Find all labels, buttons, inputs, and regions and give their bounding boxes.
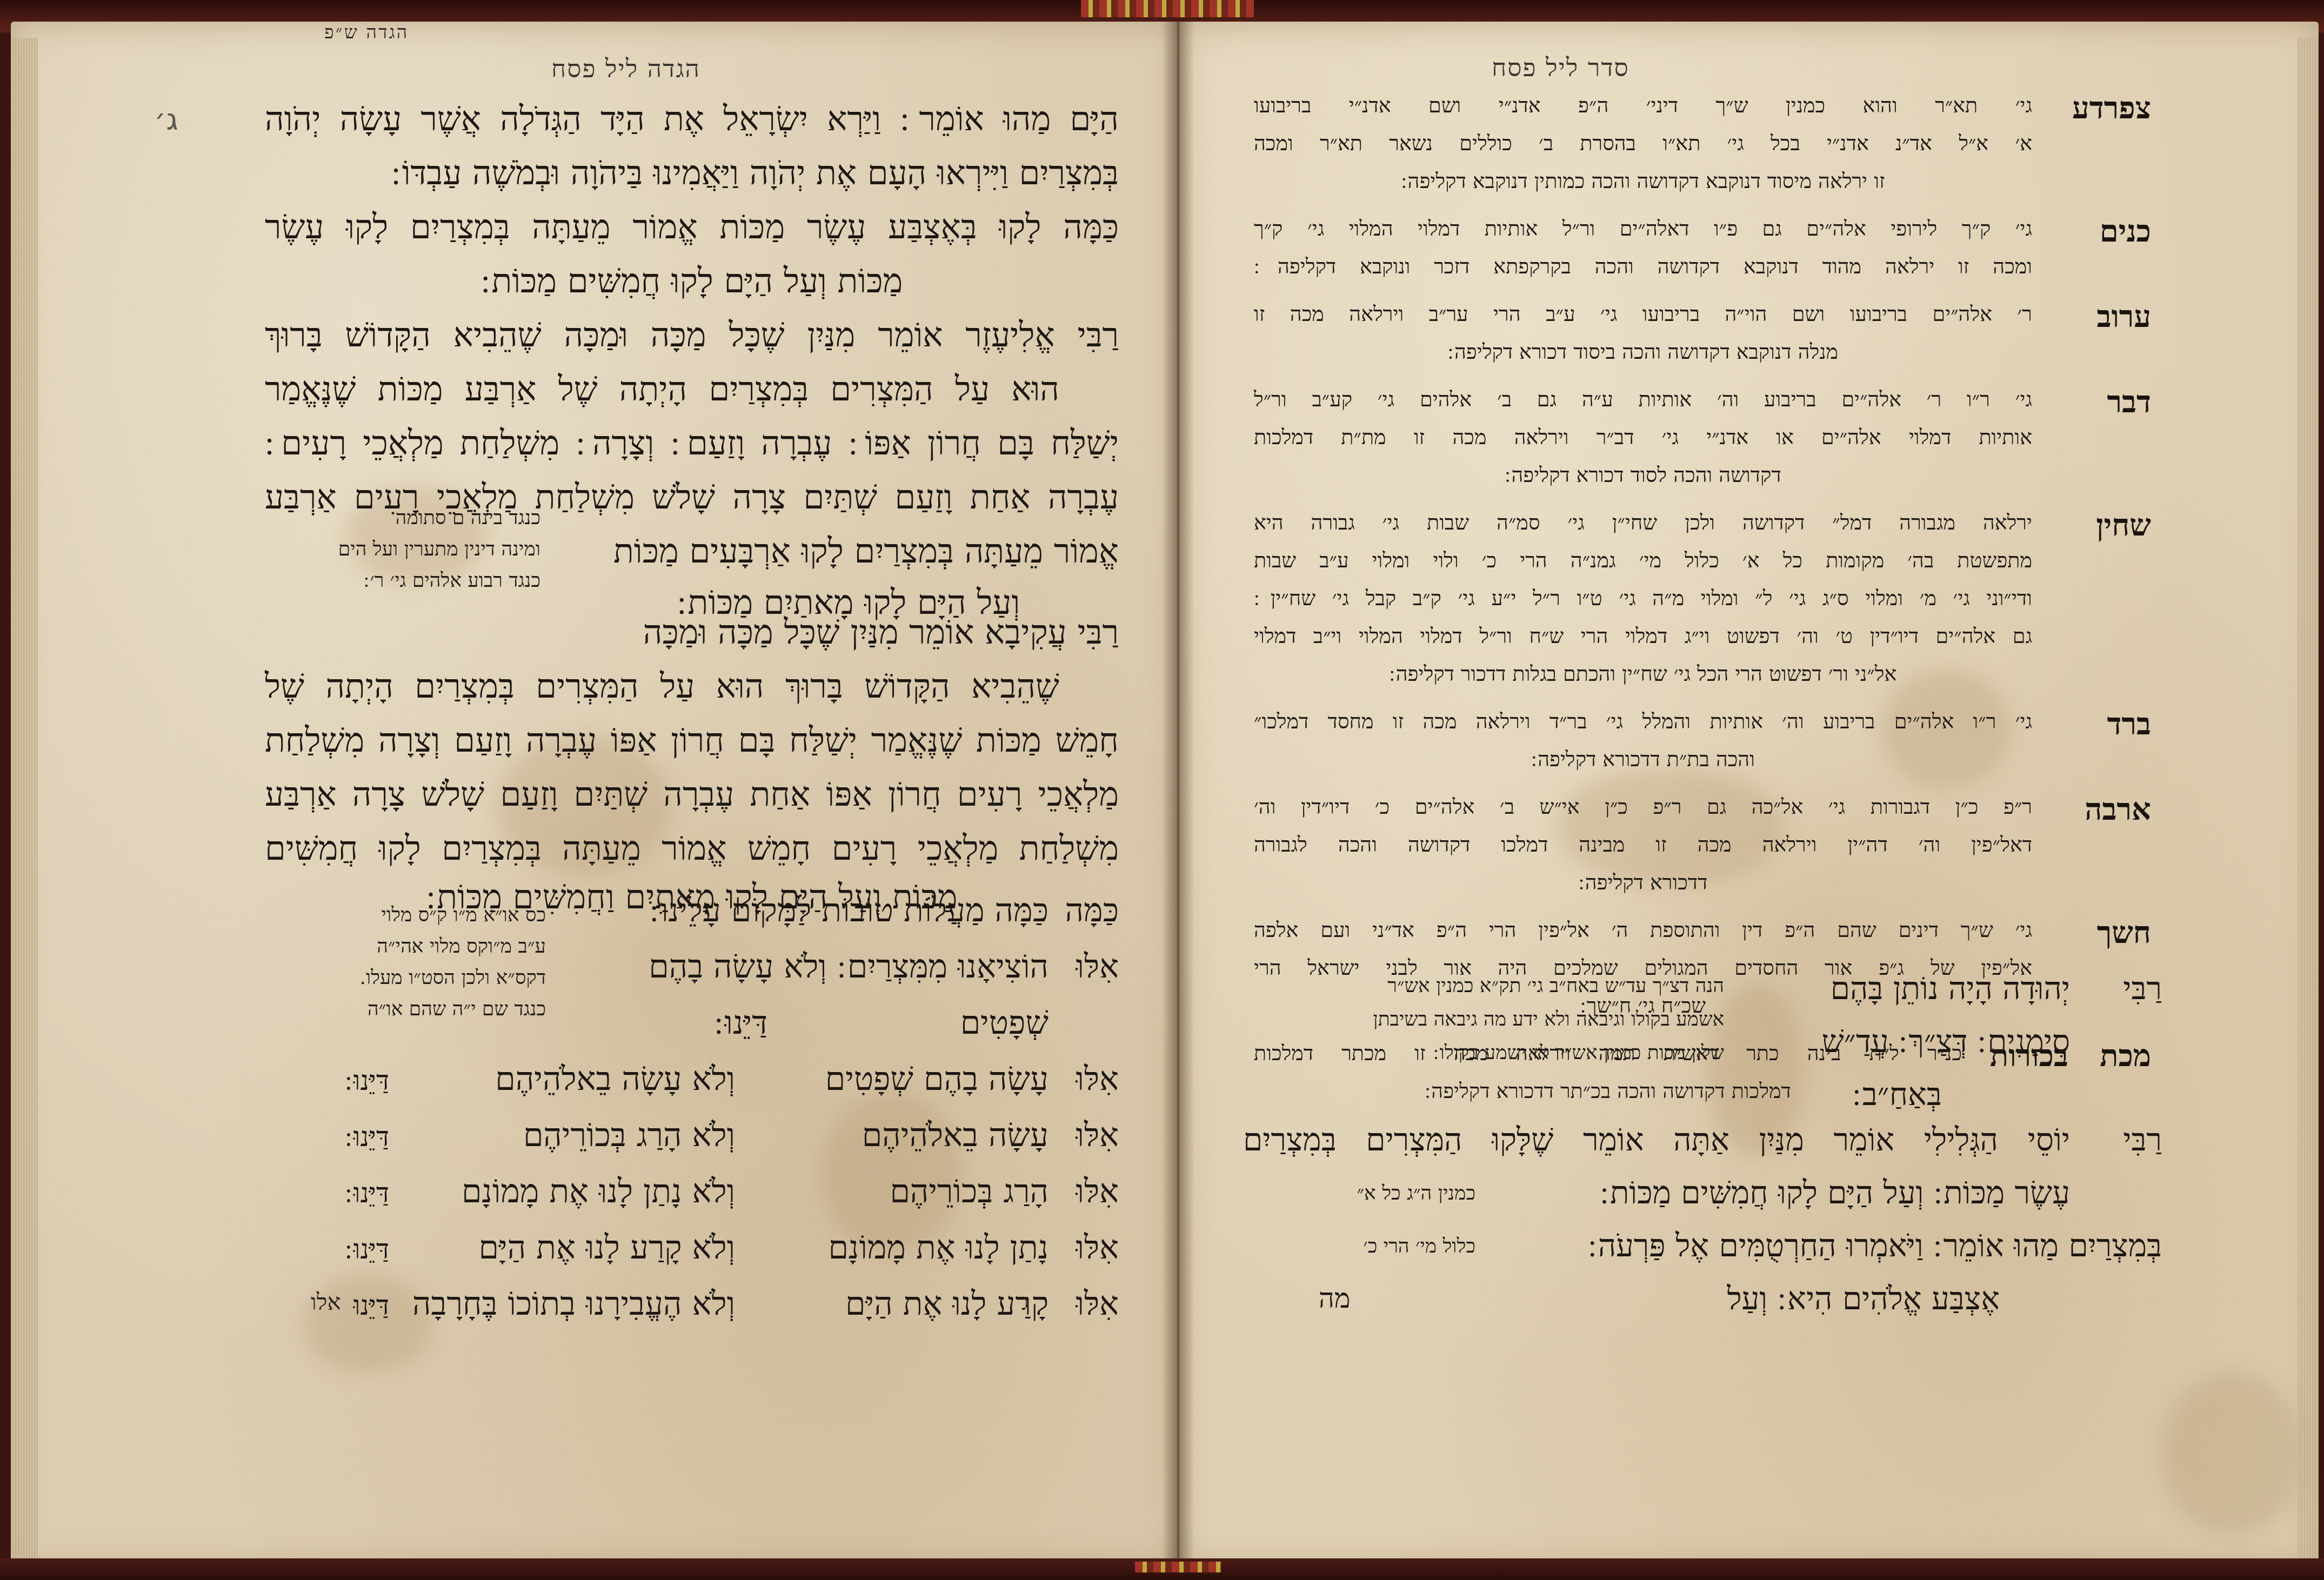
row-clause-a: עָשָׂה בָהֶם שְׁפָטִים	[746, 1060, 1059, 1098]
headband-top	[1081, 0, 1254, 17]
row-clause-a: קָרַע לָנוּ אֶת הַיָּם	[746, 1285, 1059, 1323]
row-clause-b: וְלֹא נָתַן לָנוּ אֶת מָמוֹנָם	[389, 1173, 746, 1210]
row-clause-b: וְלֹא קָרַע לָנוּ אֶת הַיָּם	[389, 1229, 746, 1267]
commentary-line: ר״פ כ״ן דגבורות גי׳ אל״כה גם ר״פ כ״ן אי״…	[1254, 788, 2032, 826]
note-line: כנגד שם י״ה שהם או״ה	[243, 994, 546, 1025]
dayenu-refrain: דַּיֵּנוּ ׃	[281, 1121, 389, 1153]
commentary-line: אל״ני ור׳ דפשוט הרי הכל גי׳ שח״ין והכתם …	[1254, 655, 2032, 693]
note-line: כמנין ה״ג כל א״	[1243, 1177, 1475, 1210]
row-clause-a: עָשָׂה בֵאלֹהֵיהֶם	[746, 1116, 1059, 1154]
row-continuation: שְׁפָטִים	[778, 1004, 1059, 1042]
text-line: בְּמִצְרַיִם וַיִּירְאוּ הָעָם אֶת יְהֹו…	[265, 146, 1119, 200]
left-page: הגדה ש״פ הגדה ליל פסח ג׳ הַיָּם מַהוּ או…	[11, 22, 1178, 1568]
running-head: סדר ליל פסח	[1492, 53, 1630, 82]
commentary-line: אותיות דמלוי אלה״ים או אדנ״י גי׳ דב״ר וי…	[1254, 418, 2032, 456]
side-note-kas: כס או״א מ״ו ק״ס מלוי ע״ב מ״וקס מלוי אהי״…	[243, 900, 546, 1025]
commentary-line: דקדושה והכה לסוד דכורא דקליפה ׃	[1254, 456, 2032, 494]
commentary-line: ומכה זו ירלאה מהוד דנוקבא דקדושה והכה בק…	[1254, 247, 2032, 285]
plague-label: כנים	[2032, 210, 2151, 253]
commentary-line: ודי״וני גי׳ מ׳ ומלוי ס״ג גי׳ ל״ ומלוי מ״…	[1254, 579, 2032, 617]
cropped-top-heading: הגדה ש״פ	[324, 22, 409, 43]
catchword: מה	[1243, 1272, 1578, 1325]
row-prefix: אִלּוּ	[1059, 1116, 1119, 1154]
text-line: הוּא עַל הַמִּצְרִים בְּמִצְרַיִם הָיְתָ…	[265, 362, 1119, 416]
entry-tsefardea: צפרדע גי׳ תא״ר והוא כמנין ש״ך דיני׳ ה״פ …	[1254, 86, 2151, 200]
commentary-line: גי׳ ר״ו אלה״ים בריבוע וה׳ אותיות והמלל ג…	[1254, 702, 2032, 740]
row-prefix: אִלּוּ	[1059, 948, 1119, 986]
rabbi-akiva-passage: רַבִּי עֲקִיבָא אוֹמֵר מִנַּיִן שֶׁכָּל …	[265, 605, 1119, 919]
text-line: שֶׁהֵבִיא הַקָּדוֹשׁ בָּרוּךְ הוּא עַל ה…	[265, 659, 1119, 713]
intro-word: כַּמָּה	[1059, 892, 1119, 929]
commentary-line: מתפשטת בה׳ מקומות כל א׳ כלול מי׳ גמנ״ה ה…	[1254, 541, 2032, 579]
commentary-line: מנלה דנוקבא דקדושה והכה ביסוד דכורא דקלי…	[1254, 333, 2032, 371]
dayenu-row: אִלּוּ קָרַע לָנוּ אֶת הַיָּם וְלֹא הֶעֱ…	[276, 1285, 1119, 1341]
rabbi-prefix: רַבִּי	[2070, 1113, 2162, 1166]
dayenu-refrain: דַּיֵּנוּ ׃	[281, 1234, 389, 1265]
paper-stain	[2162, 1373, 2302, 1535]
text-line: מַכּוֹת וְעַל הַיָּם לָקוּ חֲמִשִּׁים מַ…	[265, 254, 1119, 308]
entry-arov: ערוב ר׳ אלה״ים בריבועו ושם הוי״ה בריבועו…	[1254, 295, 2151, 371]
dayenu-refrain: דַּיֵּנוּ ׃	[281, 1065, 389, 1096]
intro-text: כַּמָּה מַעֲלוֹת טוֹבוֹת לַמָּקוֹם עָלֵי…	[562, 892, 1059, 929]
signature-mark: ג	[1021, 1289, 1029, 1316]
row-clause-a: נָתַן לָנוּ אֶת מָמוֹנָם	[746, 1229, 1059, 1267]
dayenu-row: אִלּוּ הָרַג בְּכוֹרֵיהֶם וְלֹא נָתַן לָ…	[276, 1173, 1119, 1229]
catchword: אלו	[311, 1289, 341, 1316]
entry-dever: דבר גי׳ ר״ו ר׳ אלה״ים בריבוע וה׳ אותיות …	[1254, 380, 2151, 494]
folio-number: ג׳	[154, 103, 178, 137]
text-line: אֱמוֹר מֵעַתָּה בְּמִצְרַיִם לָקוּ אַרְב…	[578, 524, 1119, 578]
row-clause-b: וְלֹא עָשָׂה בֵאלֹהֵיהֶם	[389, 1060, 746, 1098]
commentary-line: דדכורא דקליפה ׃	[1254, 863, 2032, 901]
commentary-line: גי׳ ר״ו ר׳ אלה״ים בריבוע וה׳ אותיות ע״ה …	[1254, 380, 2032, 418]
plague-label: צפרדע	[2032, 86, 2151, 130]
text-line: מִשְׁלַחַת מַלְאֲכֵי רָעִים חָמֵשׁ אֱמוֹ…	[265, 821, 1119, 875]
dayenu-row: אִלּוּ נָתַן לָנוּ אֶת מָמוֹנָם וְלֹא קָ…	[276, 1229, 1119, 1285]
right-page: סדר ליל פסח צפרדע גי׳ תא״ר והוא כמנין ש״…	[1178, 22, 2319, 1568]
text-line: כַּמָּה לָקוּ בְּאֶצְבַּע עֶשֶׂר מַכּוֹת…	[265, 200, 1119, 254]
note-line: אשמע בקולו וגיבאה ולא ידע מה גיבאה בשיבת…	[1259, 1003, 1724, 1036]
text-line: עֶשֶׂר מַכּוֹת ׃ וְעַל הַיָּם לָקוּ חֲמִ…	[1475, 1166, 2070, 1219]
note-line: כנגד רבוע אלהים גי׳ ר׳ ׃	[232, 565, 540, 597]
book-gutter	[1162, 22, 1194, 1568]
text-line: חָמֵשׁ מַכּוֹת שֶׁנֶּאֱמַר יְשַׁלַּח בָּ…	[265, 713, 1119, 767]
entry-kinim: כנים גי׳ ק״ך לירופי אלה״ים גם פ״ו דאלה״י…	[1254, 210, 2151, 285]
entry-arbeh: ארבה ר״פ כ״ן דגבורות גי׳ אל״כה גם ר״פ כ״…	[1254, 788, 2151, 901]
commentary-line: והכה בת״ת דדכורא דקליפה ׃	[1254, 740, 2032, 778]
page-edges-left	[11, 38, 38, 1564]
side-note-binah: כנגד בינה ם סתומה ומינה דינין מתערין ועל…	[232, 503, 540, 597]
text-line: רַבִּי עֲקִיבָא אוֹמֵר מִנַּיִן שֶׁכָּל …	[265, 605, 1119, 659]
commentary-line: גי׳ ש״ך דינים שהם ה״פ דין והתוספת ה׳ אל״…	[1254, 911, 2032, 949]
commentary-line: ירלאה מגבורה דמל״ דקדושה ולכן שחי״ן גי׳ …	[1254, 504, 2032, 541]
commentary-line: א׳ א״ל אד״נ אדנ״י בכל גי׳ תא״ו בהסרת ב׳ …	[1254, 124, 2032, 162]
commentary-line: זו ירלאה מיסוד דנוקבא דקדושה והכה כמותין…	[1254, 162, 2032, 200]
note-line: דקס״א ולכן הסט״ו מעלו.	[243, 962, 546, 994]
rabbi-yosi-passage: רַבִּי יוֹסֵי הַגְּלִילִי אוֹמֵר מִנַּיִ…	[1243, 1113, 2162, 1325]
headband-bottom	[1135, 1562, 1221, 1572]
text-line: הַיָּם מַהוּ אוֹמֵר ׃ וַיַּרְא יִשְׂרָאֵ…	[265, 92, 1119, 146]
entry-barad: ברד גי׳ ר״ו אלה״ים בריבוע וה׳ אותיות והמ…	[1254, 702, 2151, 778]
note-line: כס או״א מ״ו ק״ס מלוי	[243, 900, 546, 931]
text-line: רַבִּי אֱלִיעֶזֶר אוֹמֵר מִנַּיִן שֶׁכָּ…	[265, 308, 1119, 362]
row-clause-b: וְלֹא הָרַג בְּכוֹרֵיהֶם	[389, 1116, 746, 1154]
text-line: בְּמִצְרַיִם מַהוּ אוֹמֵר ׃ וַיֹּאמְרוּ …	[1475, 1219, 2162, 1272]
row-clause-a: הָרַג בְּכוֹרֵיהֶם	[746, 1173, 1059, 1210]
note-line: ומינה דינין מתערין ועל הים	[232, 534, 540, 565]
text-line: מַלְאֲכֵי רָעִים חֲרוֹן אַפּוֹ אַחַת עֶב…	[265, 767, 1119, 821]
commentary-line: גי׳ תא״ר והוא כמנין ש״ך דיני׳ ה״פ אדנ״י …	[1254, 86, 2032, 124]
dayenu-refrain: דַּיֵּנוּ ׃	[540, 1004, 778, 1042]
commentary-line: ר׳ אלה״ים בריבועו ושם הוי״ה בריבועו גי׳ …	[1254, 295, 2032, 333]
plague-label: ערוב	[2032, 295, 2151, 338]
haggadah-main-text: הַיָּם מַהוּ אוֹמֵר ׃ וַיַּרְא יִשְׂרָאֵ…	[265, 92, 1119, 524]
rabbi-yehuda-passage: רַבִּי יְהוּדָה הָיָה נוֹתֵן בָּהֶם סִימ…	[1243, 962, 2162, 1121]
commentary-line: גי׳ ק״ך לירופי אלה״ים גם פ״ו דאלה״ים ור״…	[1254, 210, 2032, 247]
running-head: הגדה ליל פסח	[551, 54, 700, 83]
plague-label: דבר	[2032, 380, 2151, 424]
row-prefix: אִלּוּ	[1059, 1173, 1119, 1210]
text-line: יְשַׁלַּח בָּם חֲרוֹן אַפּוֹ ׃ עֶבְרָה ו…	[265, 416, 1119, 470]
note-line: כלול מי׳ הרי כ׳	[1243, 1230, 1475, 1263]
plague-label: חשך	[2032, 911, 2151, 954]
plague-label: ארבה	[2032, 788, 2151, 831]
commentary-line: דאל״פין וה׳ דה״ין וירלאה מכה זו מבינה דמ…	[1254, 826, 2032, 863]
dayenu-refrain: דַּיֵּנוּ ׃	[281, 1177, 389, 1209]
plague-label: שחין	[2032, 504, 2151, 547]
row-text: הוֹצִיאָנוּ מִמִּצְרַיִם ׃ וְלֹא עָשָׂה …	[562, 948, 1059, 986]
row-prefix: אִלּוּ	[1059, 1229, 1119, 1267]
text-line: סִימָנִים ׃ דְּצַ״ךְ ׃ עֲדַ״שׁ	[1724, 1015, 2070, 1068]
plague-label: ברד	[2032, 702, 2151, 746]
dayenu-row: אִלּוּ עָשָׂה בֵאלֹהֵיהֶם וְלֹא הָרַג בְ…	[276, 1116, 1119, 1173]
text-line: יוֹסֵי הַגְּלִילִי אוֹמֵר מִנַּיִן אַתָּ…	[1243, 1113, 2070, 1166]
note-line: כנגד בינה ם סתומה	[232, 503, 540, 534]
note-line: שלון מכות כמנין אש״ר או ישמע בקולו ׃	[1259, 1036, 1724, 1070]
row-prefix: אִלּוּ	[1059, 1285, 1119, 1323]
rabbi-prefix: רַבִּי	[2070, 962, 2162, 1015]
text-line: יְהוּדָה הָיָה נוֹתֵן בָּהֶם	[1724, 962, 2070, 1015]
text-line: אֶצְבַּע אֱלֹהִים הִיא ׃ וְעַל	[1578, 1272, 2000, 1325]
note-line: הנה דצ״ך עד״ש באח״ב גי׳ תק״א כמנין אש״ר	[1259, 969, 1724, 1003]
entry-shechin: שחין ירלאה מגבורה דמל״ דקדושה ולכן שחי״ן…	[1254, 504, 2151, 693]
note-line: ע״ב מ״וקס מלוי אהי״ה	[243, 931, 546, 962]
row-clause-b: וְלֹא הֶעֱבִירָנוּ בְתוֹכוֹ בֶּחָרָבָה	[389, 1285, 746, 1323]
commentary-line: גם אלה״ים דיו״דין ט׳ וה׳ דפשוט וי״ג דמלו…	[1254, 617, 2032, 655]
page-edges-right	[2297, 38, 2319, 1564]
dayenu-row: אִלּוּ עָשָׂה בָהֶם שְׁפָטִים וְלֹא עָשָ…	[276, 1060, 1119, 1116]
row-prefix: אִלּוּ	[1059, 1060, 1119, 1098]
